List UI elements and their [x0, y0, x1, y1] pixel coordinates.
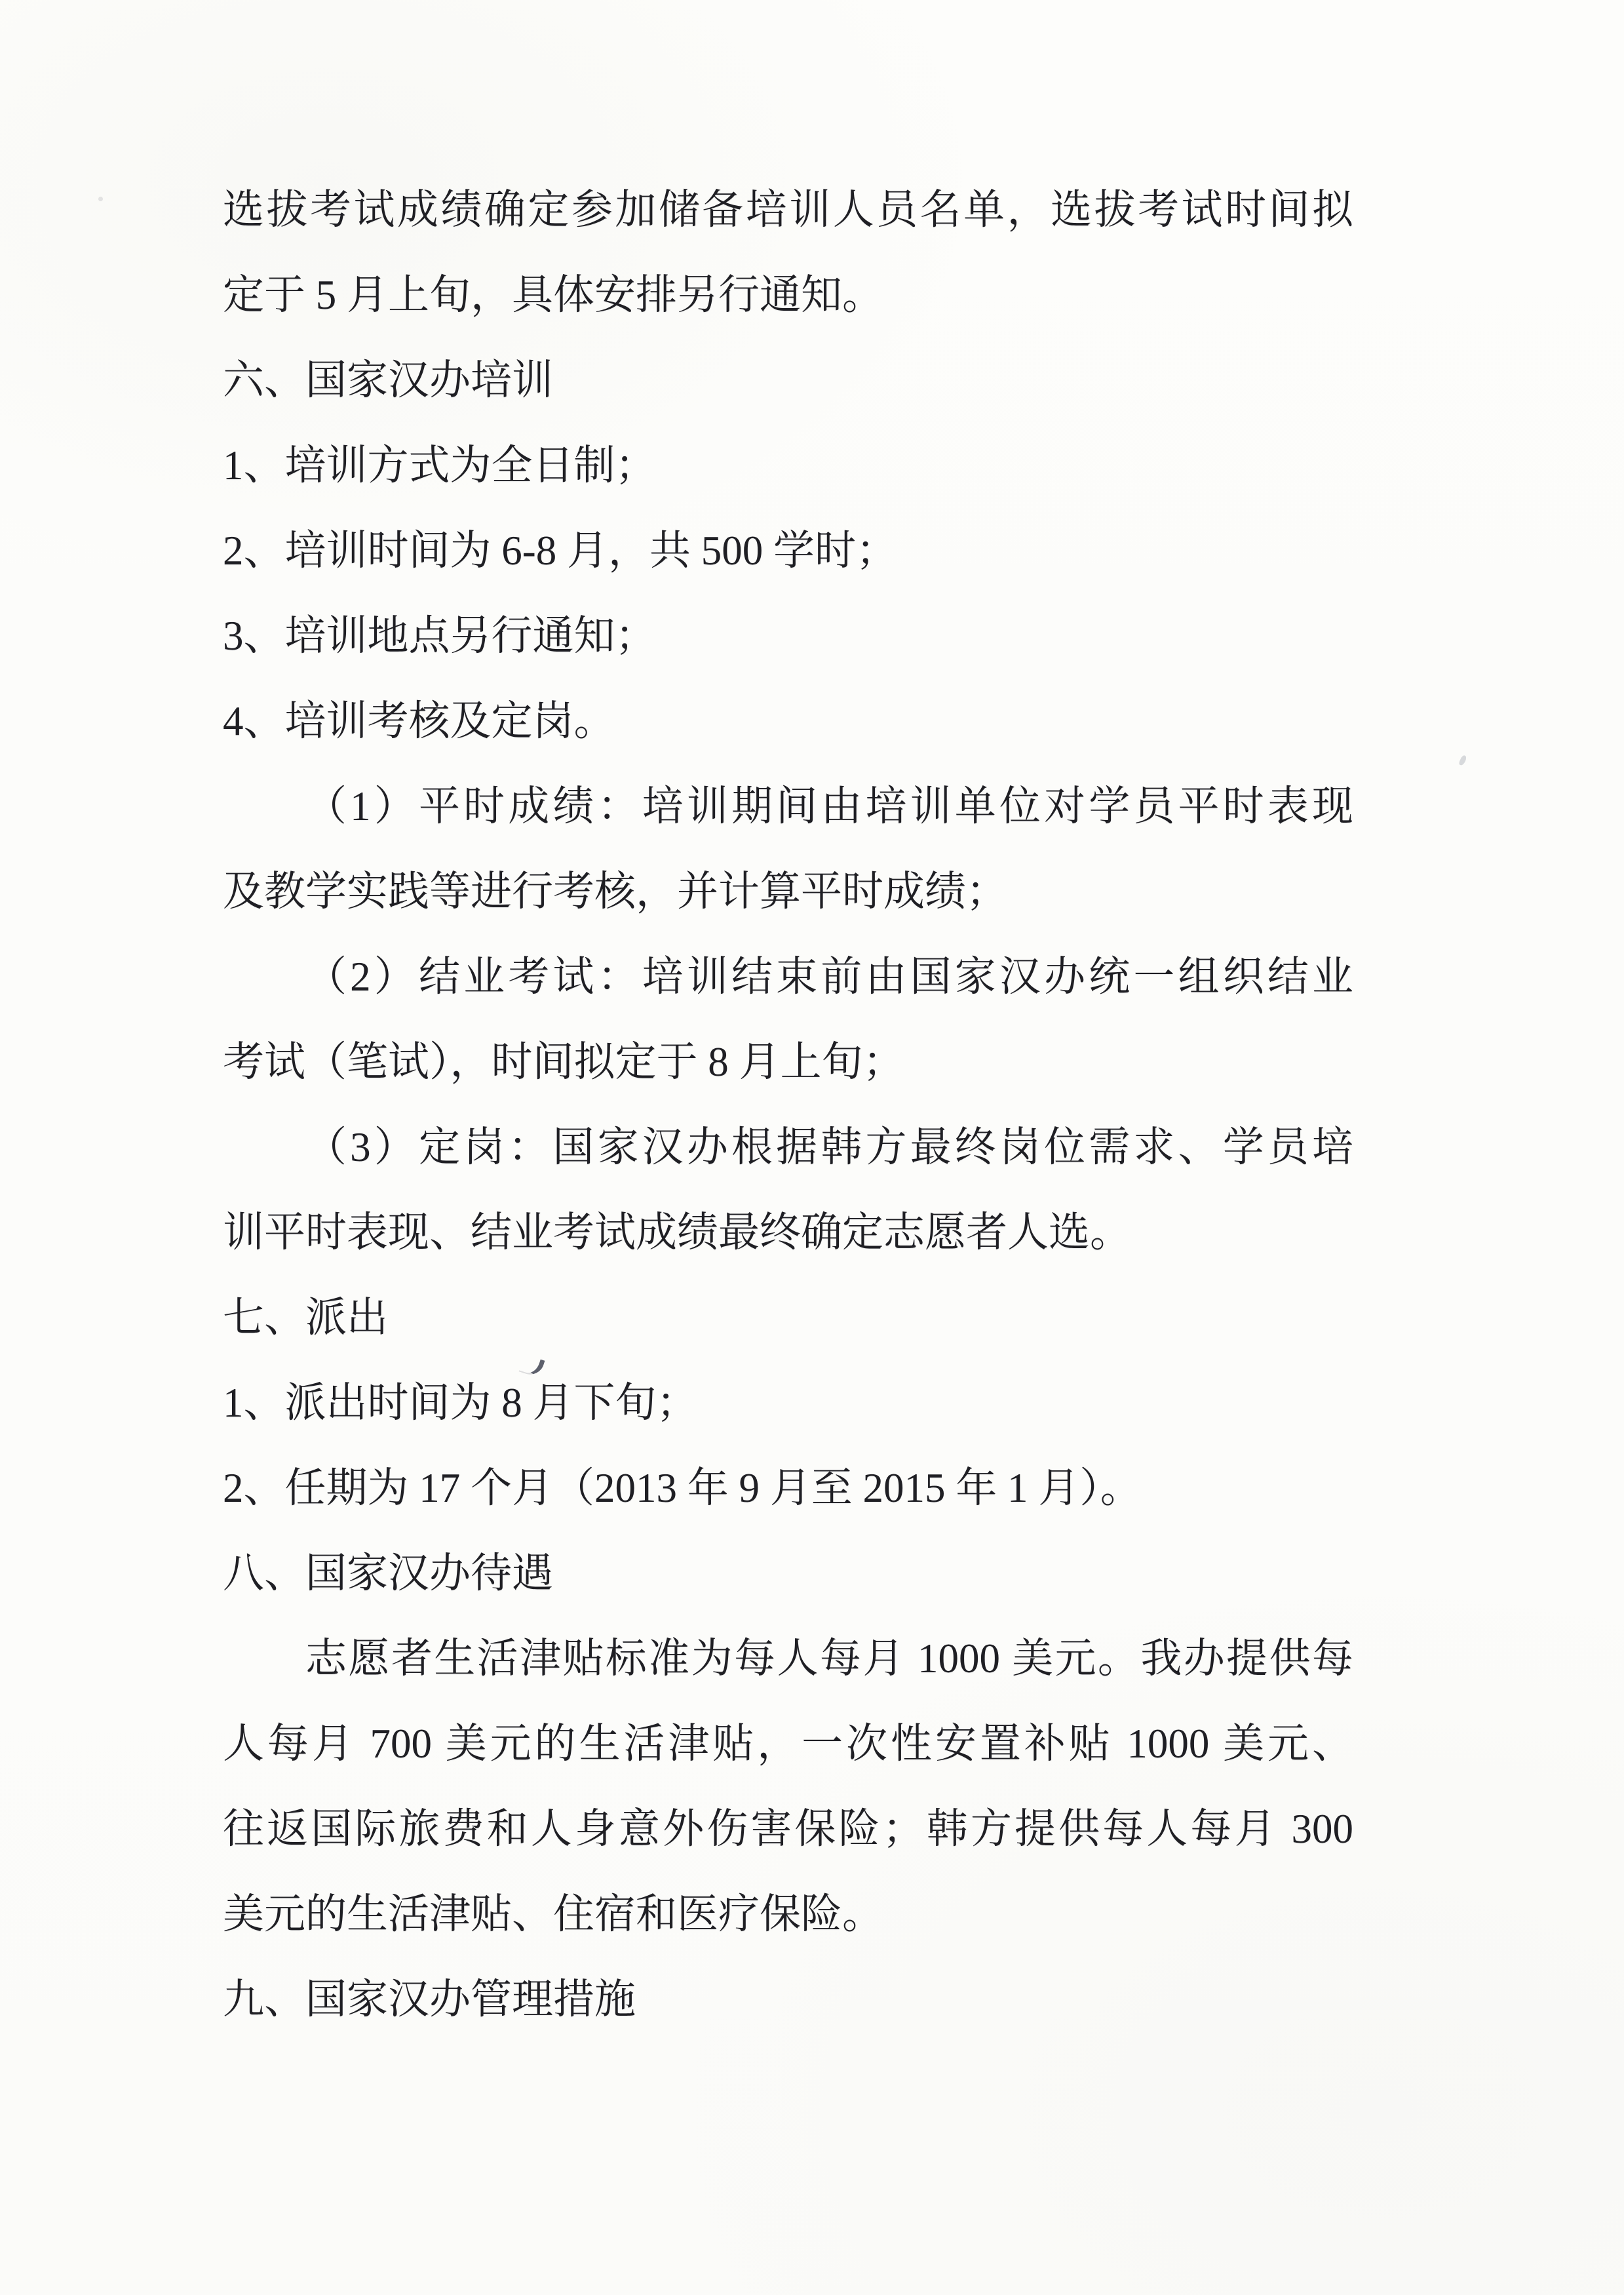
text-line-8: （1）平时成绩：培训期间由培训单位对学员平时表现: [223, 764, 1353, 849]
text-line-17: 八、国家汉办待遇: [223, 1531, 1353, 1616]
text-line-3: 六、国家汉办培训: [223, 338, 1353, 423]
text-line-2: 定于 5 月上旬，具体安排另行通知。: [223, 252, 1353, 338]
text-line-20: 往返国际旅费和人身意外伤害保险；韩方提供每人每月 300: [223, 1786, 1353, 1872]
text-line-14: 七、派出: [223, 1275, 1353, 1360]
text-line-4: 1、培训方式为全日制；: [223, 423, 1353, 508]
text-line-10: （2）结业考试：培训结束前由国家汉办统一组织结业: [223, 934, 1353, 1019]
text-line-21: 美元的生活津贴、住宿和医疗保险。: [223, 1872, 1353, 1957]
text-line-6: 3、培训地点另行通知；: [223, 593, 1353, 678]
text-line-22: 九、国家汉办管理措施: [223, 1957, 1353, 2042]
text-line-11: 考试（笔试），时间拟定于 8 月上旬；: [223, 1019, 1353, 1105]
scanned-document-page: { "page": { "kind": "scanned official do…: [0, 0, 1624, 2295]
scan-speck: [98, 197, 103, 201]
text-line-13: 训平时表现、结业考试成绩最终确定志愿者人选。: [223, 1190, 1353, 1275]
text-line-16: 2、任期为 17 个月（2013 年 9 月至 2015 年 1 月）。: [223, 1445, 1353, 1531]
text-line-12: （3）定岗：国家汉办根据韩方最终岗位需求、学员培: [223, 1105, 1353, 1190]
text-line-1: 选拔考试成绩确定参加储备培训人员名单，选拔考试时间拟: [223, 167, 1353, 252]
text-line-15: 1、派出时间为 8 月下旬；: [223, 1360, 1353, 1445]
text-line-19: 人每月 700 美元的生活津贴，一次性安置补贴 1000 美元、: [223, 1701, 1353, 1786]
text-line-7: 4、培训考核及定岗。: [223, 678, 1353, 764]
text-line-9: 及教学实践等进行考核，并计算平时成绩；: [223, 849, 1353, 934]
text-line-18: 志愿者生活津贴标准为每人每月 1000 美元。我办提供每: [223, 1616, 1353, 1701]
document-body: 选拔考试成绩确定参加储备培训人员名单，选拔考试时间拟定于 5 月上旬，具体安排另…: [223, 167, 1353, 2042]
text-line-5: 2、培训时间为 6-8 月，共 500 学时；: [223, 508, 1353, 593]
